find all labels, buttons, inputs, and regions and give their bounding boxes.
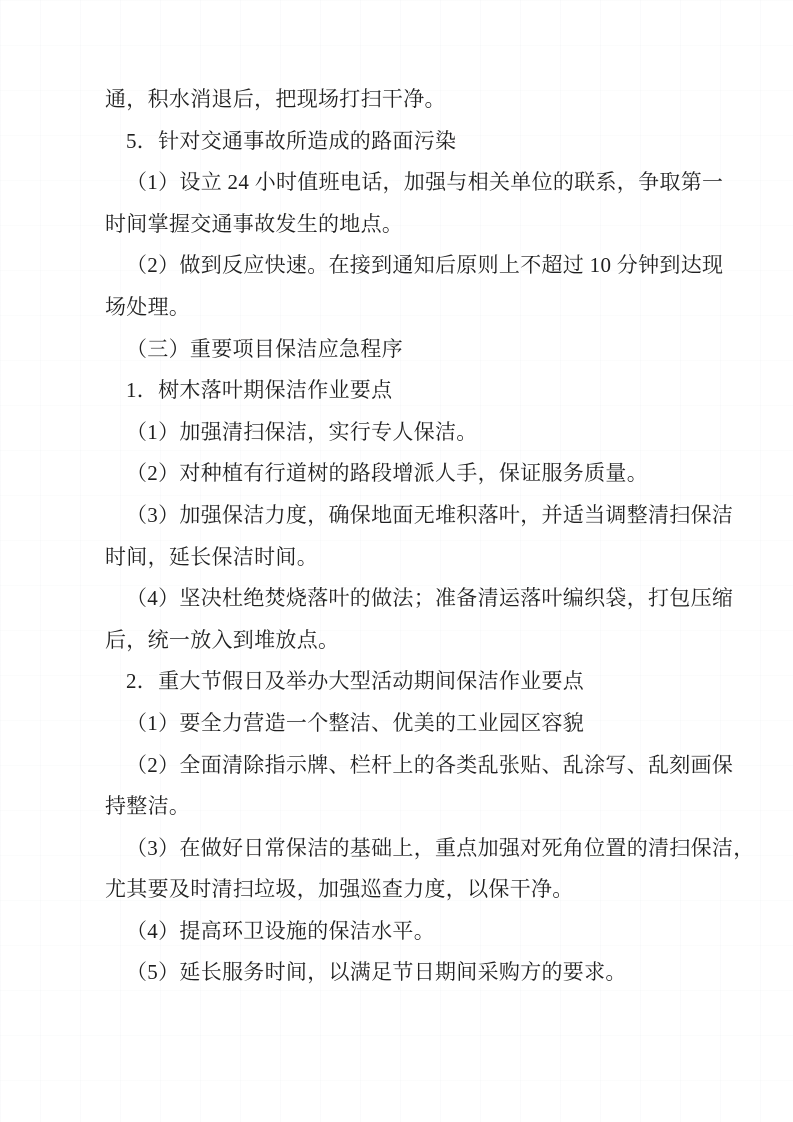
text-line: （4）坚决杜绝焚烧落叶的做法；准备清运落叶编织袋，打包压缩 [105, 578, 672, 620]
text-line: 时间，延长保洁时间。 [105, 537, 672, 579]
text-line: 5．针对交通事故所造成的路面污染 [105, 121, 672, 163]
text-line: 后，统一放入到堆放点。 [105, 620, 672, 662]
text-line: （1）要全力营造一个整洁、优美的工业园区容貌 [105, 703, 672, 745]
text-line: 时间掌握交通事故发生的地点。 [105, 204, 672, 246]
text-line: 持整洁。 [105, 786, 672, 828]
text-line: （1）加强清扫保洁，实行专人保洁。 [105, 412, 672, 454]
text-line: （3）加强保洁力度，确保地面无堆积落叶，并适当调整清扫保洁 [105, 495, 672, 537]
text-line: 2．重大节假日及举办大型活动期间保洁作业要点 [105, 661, 672, 703]
text-line: （2）对种植有行道树的路段增派人手，保证服务质量。 [105, 453, 672, 495]
text-line: （2）全面清除指示牌、栏杆上的各类乱张贴、乱涂写、乱刻画保 [105, 745, 672, 787]
text-line: （2）做到反应快速。在接到通知后原则上不超过 10 分钟到达现 [105, 245, 672, 287]
text-line: 通，积水消退后，把现场打扫干净。 [105, 79, 672, 121]
text-line: 尤其要及时清扫垃圾，加强巡查力度，以保干净。 [105, 869, 672, 911]
text-line: （4）提高环卫设施的保洁水平。 [105, 911, 672, 953]
text-line: 场处理。 [105, 287, 672, 329]
text-line: （1）设立 24 小时值班电话，加强与相关单位的联系，争取第一 [105, 162, 672, 204]
page-content: 通，积水消退后，把现场打扫干净。 5．针对交通事故所造成的路面污染 （1）设立 … [105, 79, 672, 994]
text-line: 1．树木落叶期保洁作业要点 [105, 370, 672, 412]
text-line: （三）重要项目保洁应急程序 [105, 329, 672, 371]
text-line: （3）在做好日常保洁的基础上，重点加强对死角位置的清扫保洁， [105, 828, 672, 870]
text-line: （5）延长服务时间，以满足节日期间采购方的要求。 [105, 952, 672, 994]
document-page: 通，积水消退后，把现场打扫干净。 5．针对交通事故所造成的路面污染 （1）设立 … [0, 0, 793, 1122]
